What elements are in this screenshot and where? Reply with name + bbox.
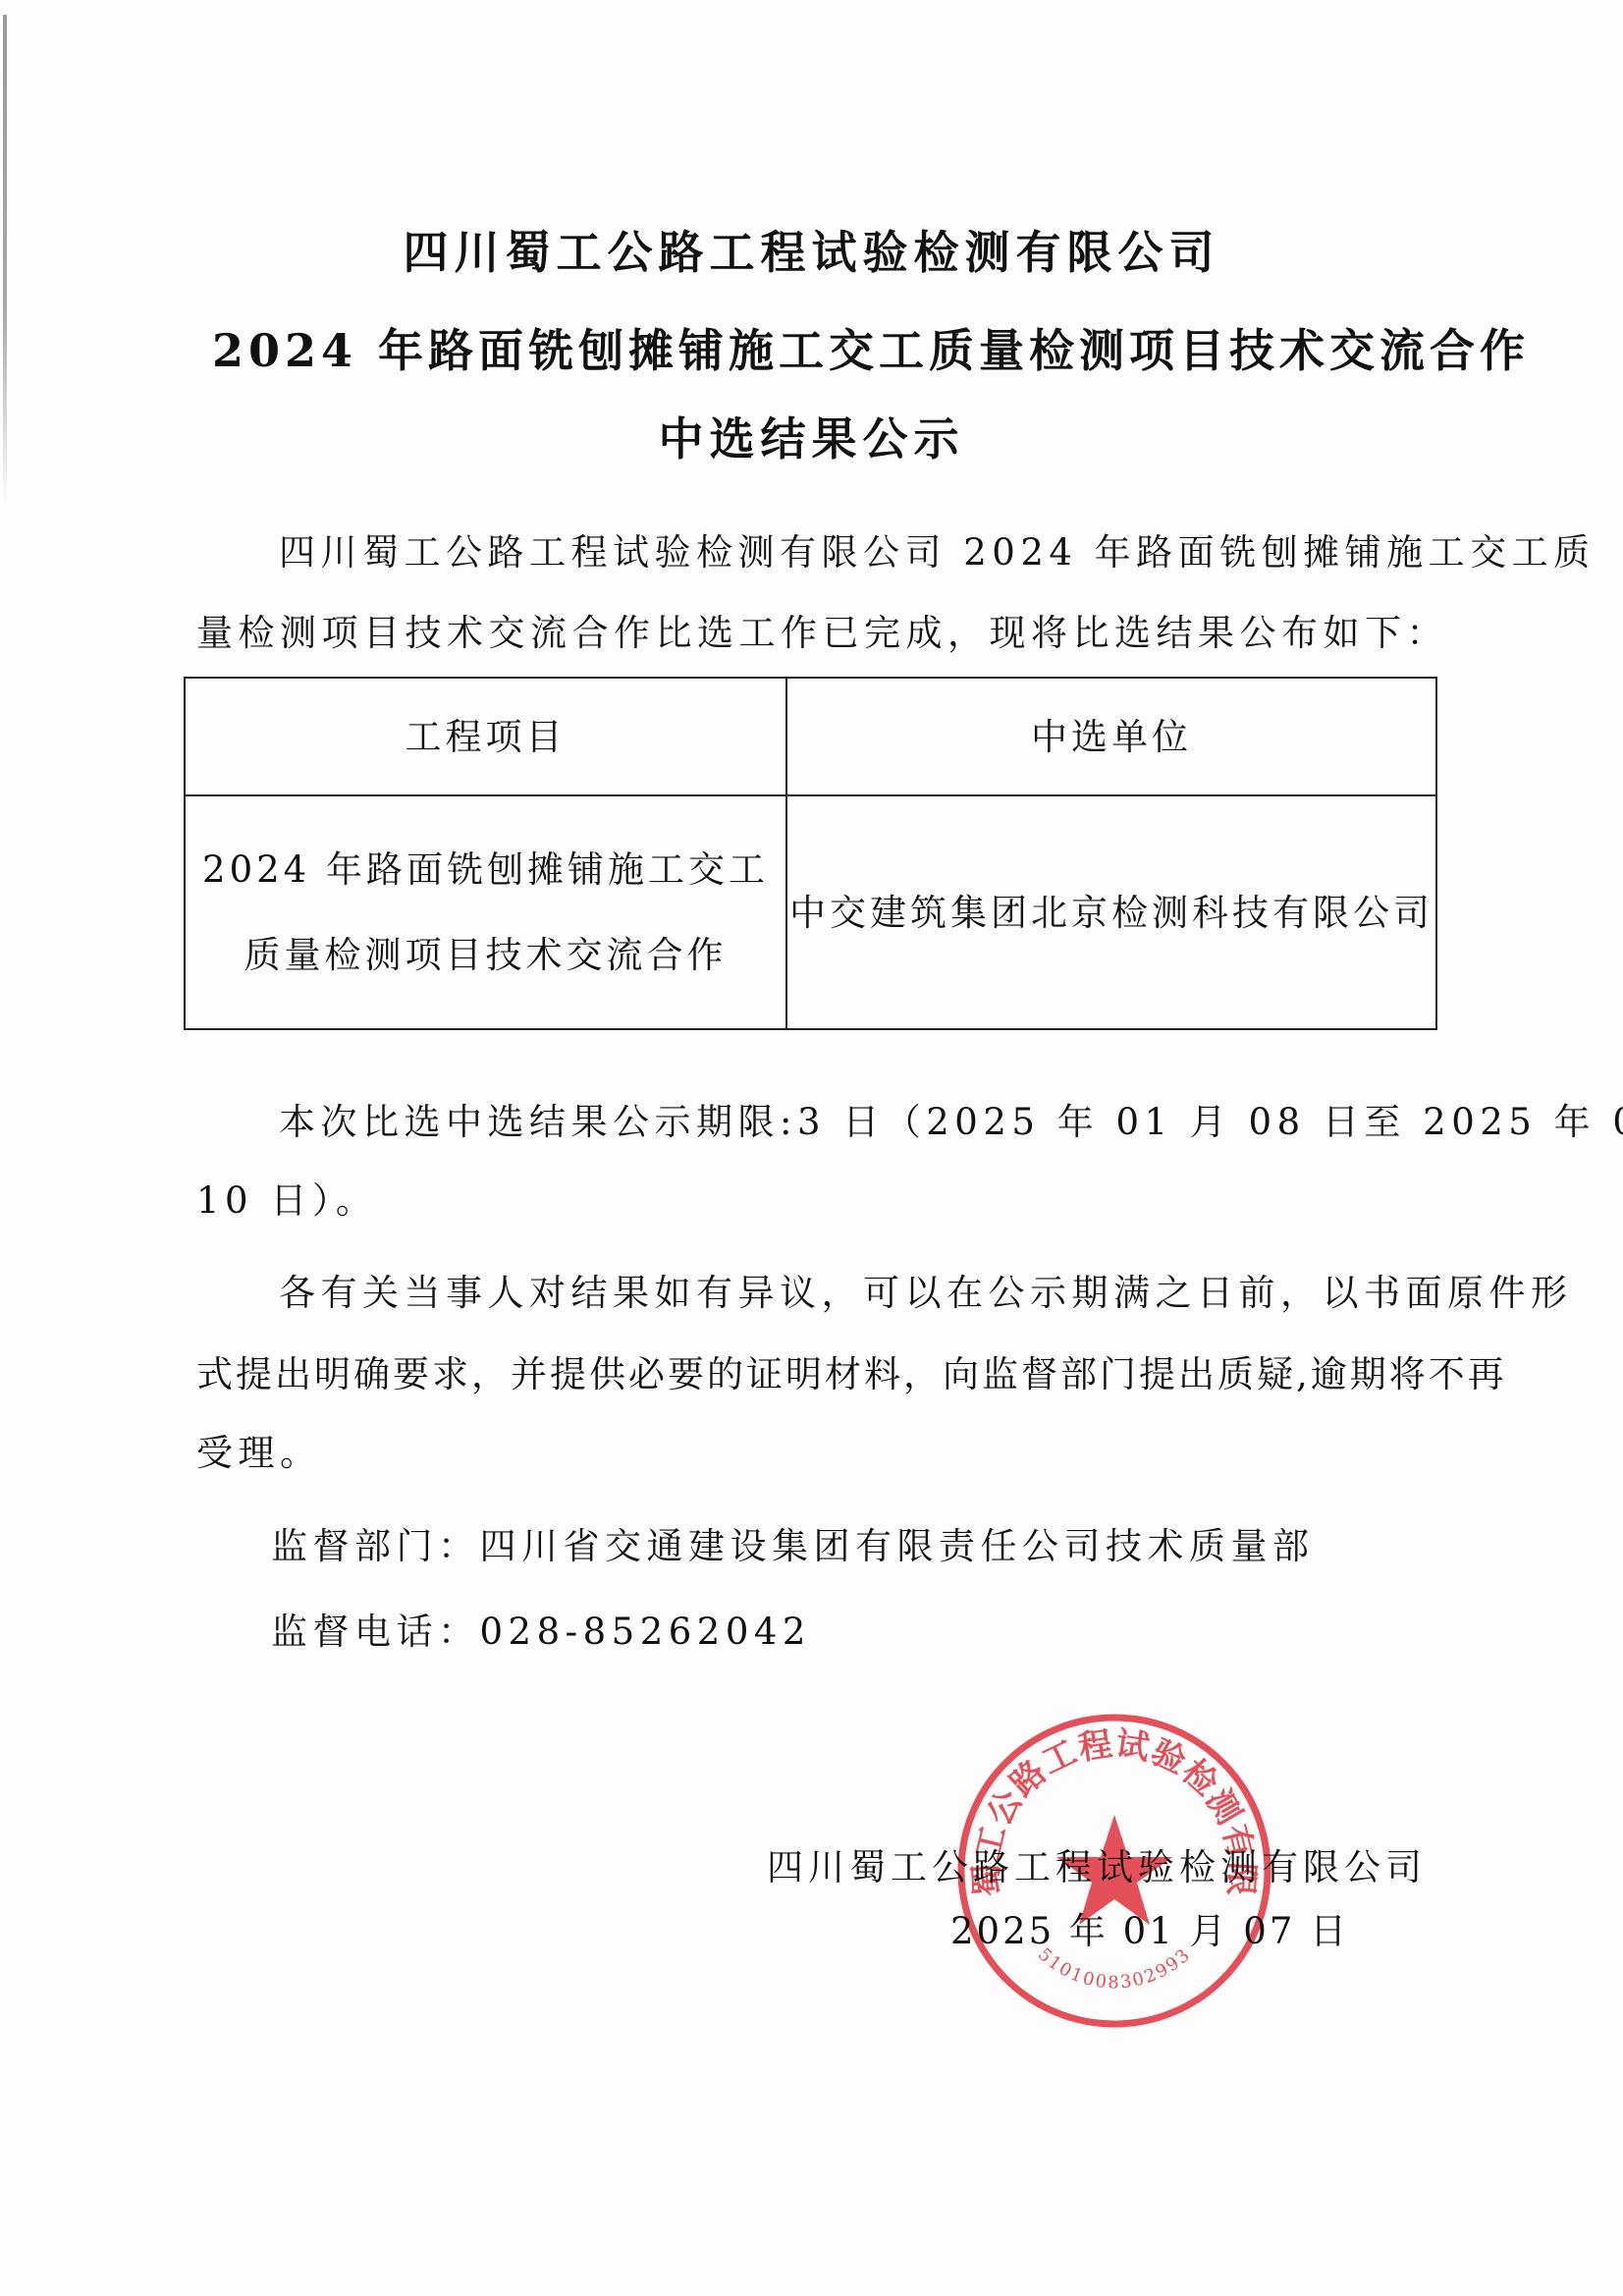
objection-line-2: 式提出明确要求，并提供必要的证明材料，向监督部门提出质疑,逾期将不再 bbox=[196, 1349, 1507, 1400]
header-project: 工程项目 bbox=[185, 678, 786, 795]
cell-project-line-2: 质量检测项目技术交流合作 bbox=[186, 912, 785, 998]
supervision-department: 监督部门：四川省交通建设集团有限责任公司技术质量部 bbox=[271, 1521, 1315, 1572]
period-line-2: 10 日）。 bbox=[196, 1175, 377, 1227]
cell-winner: 中交建筑集团北京检测科技有限公司 bbox=[786, 795, 1436, 1029]
result-table: 工程项目 中选单位 2024 年路面铣刨摊铺施工交工 质量检测项目技术交流合作 … bbox=[184, 677, 1437, 1030]
title-notice: 中选结果公示 bbox=[0, 410, 1623, 468]
intro-line-1: 四川蜀工公路工程试验检测有限公司 2024 年路面铣刨摊铺施工交工质 bbox=[279, 527, 1596, 578]
cell-project-line-1: 2024 年路面铣刨摊铺施工交工 bbox=[186, 827, 785, 912]
title-project: 2024 年路面铣刨摊铺施工交工质量检测项目技术交流合作 bbox=[212, 321, 1530, 380]
period-line-1: 本次比选中选结果公示期限:3 日（2025 年 01 月 08 日至 2025 … bbox=[279, 1097, 1623, 1148]
signature-date: 2025 年 01 月 07 日 bbox=[950, 1906, 1349, 1957]
header-winner: 中选单位 bbox=[786, 678, 1436, 795]
table-row: 2024 年路面铣刨摊铺施工交工 质量检测项目技术交流合作 中交建筑集团北京检测… bbox=[185, 795, 1436, 1029]
intro-line-2: 量检测项目技术交流合作比选工作已完成，现将比选结果公布如下： bbox=[196, 608, 1448, 659]
signature-company: 四川蜀工公路工程试验检测有限公司 bbox=[767, 1842, 1427, 1893]
table-header-row: 工程项目 中选单位 bbox=[185, 678, 1436, 795]
objection-line-1: 各有关当事人对结果如有异议，可以在公示期满之日前，以书面原件形 bbox=[279, 1268, 1573, 1319]
supervision-phone: 监督电话：028-85262042 bbox=[271, 1607, 811, 1658]
cell-project: 2024 年路面铣刨摊铺施工交工 质量检测项目技术交流合作 bbox=[185, 795, 786, 1029]
objection-line-3: 受理。 bbox=[196, 1428, 322, 1479]
title-company: 四川蜀工公路工程试验检测有限公司 bbox=[0, 223, 1623, 282]
